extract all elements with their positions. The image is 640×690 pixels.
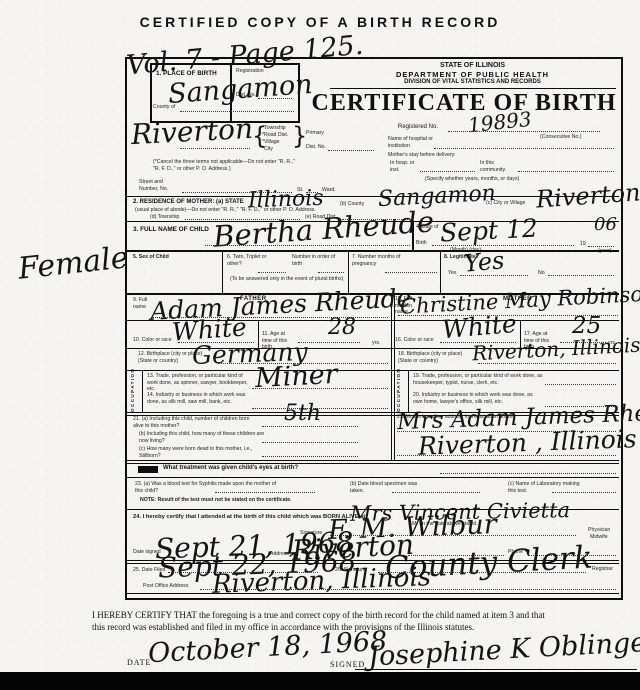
father-age-value: 28 xyxy=(328,317,356,339)
agency-division: DIVISION OF VITAL STATISTICS AND RECORDS xyxy=(330,79,615,85)
section-line xyxy=(127,250,619,252)
mother-industry-label: 20. Industry or business in which work w… xyxy=(413,392,543,405)
residence-township-label: (d) Township xyxy=(150,214,179,221)
specify-note: (Specify whether years, months, or days) xyxy=(425,176,605,183)
twin-label: 6. Twin, Triplet or other? xyxy=(227,254,279,267)
residence-city-value: Riverton xyxy=(535,180,640,211)
bracket-close: } xyxy=(292,122,307,150)
mother-trade-label: 19. Trade, profession, or particular kin… xyxy=(413,373,543,386)
section-line xyxy=(127,370,619,371)
order-label: Number in order of birth xyxy=(292,254,344,267)
divider-line xyxy=(330,88,616,89)
divider-line xyxy=(412,221,414,250)
consecutive-label: (Consecutive No.) xyxy=(540,134,582,141)
father-industry-label: 14. Industry or business in which work w… xyxy=(147,392,251,405)
father-race-label: 10. Color or race xyxy=(133,337,172,344)
father-yrs-label: yrs. xyxy=(372,340,380,347)
children-a-value: 5th xyxy=(284,403,321,425)
dotted-line xyxy=(518,171,614,172)
legitimate-value: Yes xyxy=(463,248,505,275)
dotted-line xyxy=(548,275,614,276)
dotted-line xyxy=(205,245,410,246)
residence-city-label: (c) City or Village xyxy=(486,200,525,207)
ward-label: Ward. xyxy=(322,187,336,194)
pob-primary-label: Primary xyxy=(306,130,324,137)
mother-race-label: 16. Color or race xyxy=(395,337,434,344)
hospital-stay-label: Mother's stay before delivery: xyxy=(388,152,498,159)
father-occupation-label: OCCUPATION xyxy=(130,372,135,412)
residence-label: 2. RESIDENCE OF MOTHER: (a) STATE xyxy=(133,199,244,205)
midwife-label: Midwife xyxy=(590,534,608,541)
birth-record-document: CERTIFIED COPY OF A BIRTH RECORD Vol. 7 … xyxy=(0,0,640,690)
dotted-line xyxy=(385,272,437,273)
pob-primary-dist-label: Dist. No. xyxy=(306,144,326,151)
bracket-item-city: *City xyxy=(262,146,273,153)
street-label: Street and Number, No. xyxy=(139,179,181,192)
dotted-line xyxy=(215,492,315,493)
dotted-line xyxy=(328,150,374,151)
dotted-line xyxy=(262,426,358,427)
in-hosp-label: In hosp. or inst. xyxy=(390,160,420,173)
legitimate-no-label: No xyxy=(538,270,545,277)
dob-label: 4. Date of xyxy=(416,224,439,231)
divider-line xyxy=(222,250,223,293)
bracket-item-township: *Township xyxy=(262,125,286,132)
scan-black-bar xyxy=(0,672,640,690)
divider-line xyxy=(440,250,441,293)
page-title: CERTIFIED COPY OF A BIRTH RECORD xyxy=(0,14,640,30)
months-label: 7. Number months of pregnancy xyxy=(352,254,422,267)
dob-year-value: 06 xyxy=(594,216,617,234)
footer-signed-value: Josephine K Oblinger xyxy=(367,628,640,670)
sex-value: Female xyxy=(17,243,130,284)
community-label: In this community. xyxy=(480,160,518,173)
dob-month-day-value: Sept 12 xyxy=(439,215,538,245)
section-line xyxy=(127,460,619,464)
mother-race-value: White xyxy=(441,311,518,342)
footer-cert-line1: I HEREBY CERTIFY THAT the foregoing is a… xyxy=(92,610,622,622)
dotted-line xyxy=(392,492,480,493)
divider-line xyxy=(391,293,395,460)
father-trade-label: 13. Trade, profession, or particular kin… xyxy=(147,373,251,393)
mother-birthplace-label: 18. Birthplace (city or place) (State or… xyxy=(398,351,476,364)
po-address-label: Post Office Address xyxy=(143,583,188,590)
legitimate-yes-label: Yes xyxy=(448,270,456,277)
certificate-title: CERTIFICATE OF BIRTH xyxy=(308,90,620,117)
children-a-label: 21. (a) Including this child, number of … xyxy=(133,416,261,429)
index-marker-icon xyxy=(138,466,158,473)
sex-label: 5. Sex of Child xyxy=(133,254,169,261)
pob-city-value: Riverton xyxy=(130,115,253,149)
dotted-line xyxy=(180,148,250,149)
dotted-line xyxy=(262,456,358,457)
dotted-line xyxy=(434,148,614,149)
footer-signed-label: SIGNED xyxy=(330,660,365,669)
dotted-line xyxy=(552,492,616,493)
dotted-line xyxy=(478,363,616,364)
section-line xyxy=(127,477,619,478)
signature-underline xyxy=(355,669,637,670)
children-b-label: (b) Including this child, how many of th… xyxy=(139,431,267,444)
dob-birth-label: Birth xyxy=(416,240,427,247)
agency-state: STATE OF ILLINOIS xyxy=(330,62,615,69)
dotted-line xyxy=(262,442,358,443)
bracket-item-village: *Village xyxy=(262,139,280,146)
dotted-line xyxy=(448,131,600,132)
hospital-name-label: Name of hospital or institution xyxy=(388,136,434,149)
divider-line xyxy=(142,370,143,412)
child-name-label: 3. FULL NAME OF CHILD xyxy=(133,226,209,233)
dotted-line xyxy=(545,384,616,385)
children-c-label: (c) How many were born dead to this moth… xyxy=(139,446,267,459)
agency-dept: DEPARTMENT OF PUBLIC HEALTH xyxy=(330,70,615,79)
section-line xyxy=(127,593,619,594)
bracket-item-road-dist: *Road Dist. xyxy=(262,132,288,139)
mailing-line2: Riverton , Illinois xyxy=(418,426,637,459)
dotted-line xyxy=(420,171,475,172)
dob-19-label: 19 xyxy=(580,241,586,248)
dotted-line xyxy=(318,272,344,273)
registrar-label: Registrar xyxy=(592,566,613,573)
plural-note: (To be answered only in the event of plu… xyxy=(230,276,348,283)
mother-occupation-label: OCCUPATION xyxy=(396,372,401,412)
dotted-line xyxy=(440,473,616,474)
divider-line xyxy=(408,370,409,412)
dotted-line xyxy=(397,455,616,456)
registered-no-label: Registered No. xyxy=(398,124,438,131)
dotted-line xyxy=(258,272,286,273)
physician-label: Physician xyxy=(588,527,610,534)
eyes-label: What treatment was given child's eyes at… xyxy=(163,465,298,471)
pob-cancel-note: (*Cancel the three terms not applicable—… xyxy=(153,159,295,172)
dotted-line xyxy=(200,589,616,590)
dotted-line xyxy=(252,388,388,389)
